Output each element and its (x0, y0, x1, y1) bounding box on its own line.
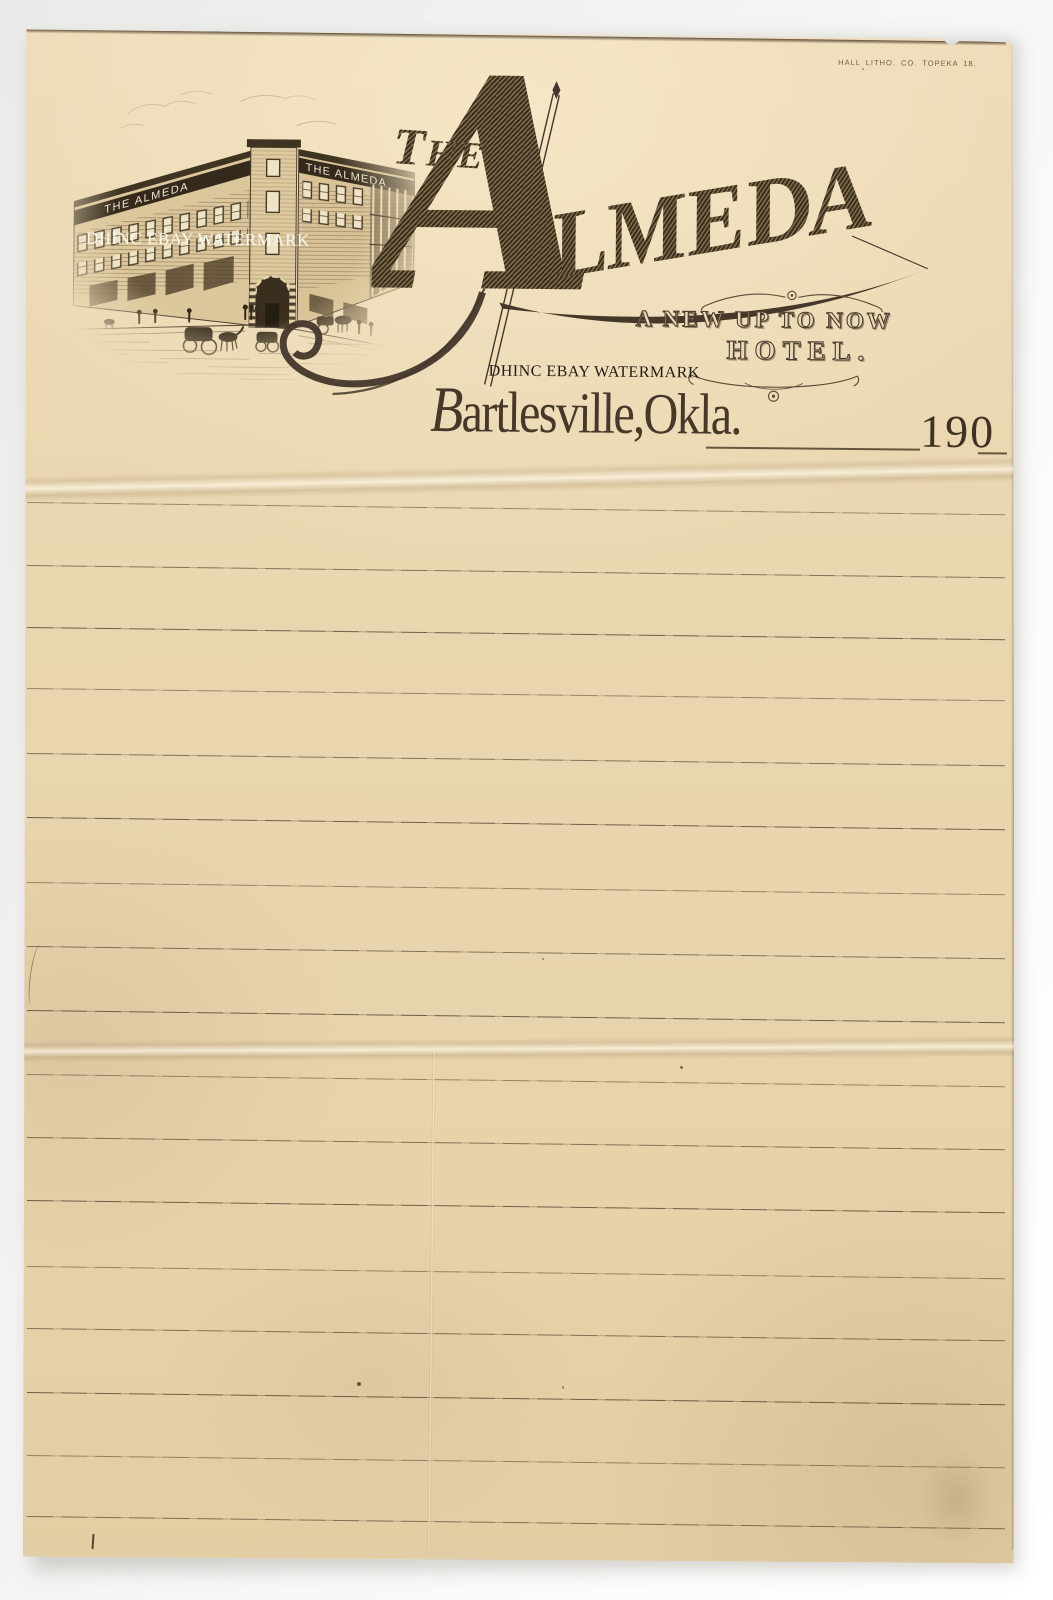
ruled-line (27, 1266, 1005, 1280)
ruled-line (27, 1200, 1005, 1214)
paper-left-edge (22, 30, 24, 1552)
sky-hatching (121, 91, 335, 130)
ruled-line (27, 1455, 1005, 1469)
ruled-line (27, 1328, 1005, 1342)
corner-cornice (247, 139, 301, 148)
watermark-overlay-illustration: DHINC EBAY WATERMARK (86, 229, 310, 251)
ruled-line (27, 627, 1005, 641)
ruled-line (27, 1137, 1005, 1151)
fold-crease-horizontal-2 (22, 1035, 1014, 1062)
paper-speck (562, 1386, 564, 1389)
title-the: THE (391, 121, 487, 179)
ruled-line (27, 1010, 1005, 1024)
ruled-line (27, 688, 1005, 702)
fold-crease-vertical (427, 1052, 435, 1548)
letterhead-header: HALL LITHO. CO. TOPEKA 18. (17, 28, 1013, 508)
ruled-line (27, 1074, 1005, 1088)
age-stain (902, 1428, 1012, 1568)
city-state-label: Bartlesville,Okla. (430, 378, 741, 446)
scanned-letterhead-page: { "printer_imprint": "HALL LITHO. CO. TO… (0, 0, 1053, 1600)
paper-speck (680, 1066, 683, 1069)
watermark-overlay-center: DHINC EBAY WATERMARK (489, 362, 700, 382)
pen-tick-mark (91, 1534, 94, 1549)
paper-speck (542, 958, 544, 960)
paper-speck (357, 1382, 361, 1386)
date-fill-line (706, 447, 920, 451)
paper-speck (862, 68, 864, 70)
ruled-line (27, 817, 1005, 831)
tagline-line-1: A NEW UP TO NOW (629, 306, 899, 335)
ruled-line (27, 882, 1005, 896)
ruled-line (27, 565, 1005, 579)
edge-curl-mark (26, 943, 47, 1006)
paper-sheet: HALL LITHO. CO. TOPEKA 18. (22, 28, 1014, 1565)
ruled-line (27, 946, 1005, 960)
ruled-line (27, 1516, 1005, 1530)
printer-imprint: HALL LITHO. CO. TOPEKA 18. (812, 58, 977, 69)
tagline-line-2: HOTEL. (664, 334, 934, 368)
ruled-line (27, 1392, 1005, 1406)
ruled-line (27, 753, 1005, 767)
year-prefix: 190 (920, 409, 995, 456)
